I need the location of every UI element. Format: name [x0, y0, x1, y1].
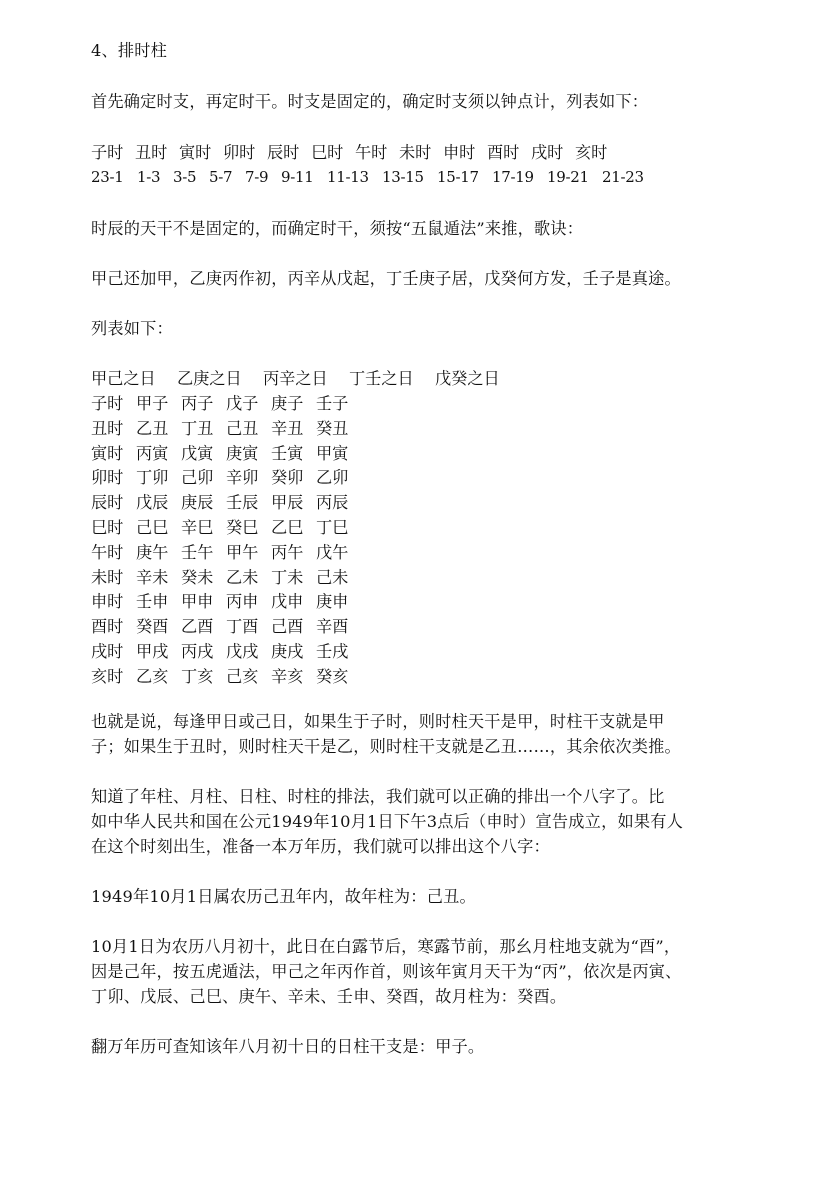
- table-cell: 戊午: [316, 540, 361, 565]
- table-row: 申时壬申甲申丙申戊申庚申: [91, 589, 361, 614]
- intro-paragraph: 首先确定时支，再定时干。时支是固定的，确定时支须以钟点计，列表如下：: [91, 89, 648, 114]
- branch-label: 未时: [399, 140, 443, 165]
- table-cell: 庚戌: [271, 639, 316, 664]
- month-pillar-line-2: 因是己年，按五虎遁法，甲己之年丙作首，则该年寅月天干为“丙”，依次是丙寅、: [91, 959, 682, 984]
- table-cell: 丁丑: [181, 416, 226, 441]
- table-cell: 乙巳: [271, 515, 316, 540]
- table-header: 戊癸之日: [435, 366, 521, 391]
- table-row: 午时庚午壬午甲午丙午戊午: [91, 540, 361, 565]
- table-cell: 甲辰: [271, 490, 316, 515]
- table-row: 亥时乙亥丁亥己亥辛亥癸亥: [91, 664, 361, 689]
- table-cell: 戊子: [226, 391, 271, 416]
- table-cell: 癸卯: [271, 465, 316, 490]
- table-cell: 甲寅: [316, 441, 361, 466]
- table-cell: 甲午: [226, 540, 271, 565]
- table-cell: 庚申: [316, 589, 361, 614]
- table-cell: 甲申: [181, 589, 226, 614]
- explain-line-1: 也就是说，每逢甲日或己日，如果生于子时，则时柱天干是甲，时柱干支就是甲: [91, 709, 665, 734]
- hour-range-row: 23-11-33-55-77-99-1111-1313-1515-1717-19…: [91, 165, 657, 190]
- table-cell: 庚子: [271, 391, 316, 416]
- table-cell: 辛丑: [271, 416, 316, 441]
- row-branch-label: 申时: [91, 589, 136, 614]
- table-cell: 庚午: [136, 540, 181, 565]
- table-cell: 丙子: [181, 391, 226, 416]
- table-row: 卯时丁卯己卯辛卯癸卯乙卯: [91, 465, 361, 490]
- year-pillar-paragraph: 1949年10月1日属农历己丑年内，故年柱为：己丑。: [91, 884, 476, 909]
- month-pillar-line-3: 丁卯、戊辰、己巳、庚午、辛未、壬申、癸酉，故月柱为：癸酉。: [91, 984, 566, 1009]
- table-cell: 甲子: [136, 391, 181, 416]
- table-cell: 甲戌: [136, 639, 181, 664]
- table-cell: 丁未: [271, 565, 316, 590]
- stem-intro-paragraph: 时辰的天干不是固定的，而确定时干，须按“五鼠遁法”来推，歌诀：: [91, 216, 583, 241]
- table-row: 酉时癸酉乙酉丁酉己酉辛酉: [91, 614, 361, 639]
- table-header-row: 甲己之日乙庚之日丙辛之日丁壬之日戊癸之日: [91, 366, 521, 391]
- table-cell: 壬戌: [316, 639, 361, 664]
- table-cell: 丙戌: [181, 639, 226, 664]
- table-cell: 戊戌: [226, 639, 271, 664]
- table-row: 子时甲子丙子戊子庚子壬子: [91, 391, 361, 416]
- hour-range: 1-3: [137, 165, 173, 190]
- table-cell: 丙午: [271, 540, 316, 565]
- table-cell: 癸未: [181, 565, 226, 590]
- table-cell: 庚辰: [181, 490, 226, 515]
- table-cell: 壬午: [181, 540, 226, 565]
- table-cell: 己酉: [271, 614, 316, 639]
- table-cell: 戊申: [271, 589, 316, 614]
- row-branch-label: 辰时: [91, 490, 136, 515]
- hour-range: 13-15: [382, 165, 437, 190]
- row-branch-label: 未时: [91, 565, 136, 590]
- verse-paragraph: 甲己还加甲，乙庚丙作初，丙辛从戊起，丁壬庚子居，戊癸何方发，壬子是真途。: [91, 266, 681, 291]
- branch-label: 午时: [355, 140, 399, 165]
- table-cell: 乙卯: [316, 465, 361, 490]
- branch-label: 酉时: [487, 140, 531, 165]
- table-cell: 戊寅: [181, 441, 226, 466]
- table-cell: 辛卯: [226, 465, 271, 490]
- hour-range: 11-13: [327, 165, 382, 190]
- branch-label: 巳时: [311, 140, 355, 165]
- month-pillar-line-1: 10月1日为农历八月初十，此日在白露节后，寒露节前，那幺月柱地支就为“酉”，: [91, 934, 680, 959]
- hour-range: 15-17: [437, 165, 492, 190]
- table-cell: 丁巳: [316, 515, 361, 540]
- row-branch-label: 酉时: [91, 614, 136, 639]
- table-row: 辰时戊辰庚辰壬辰甲辰丙辰: [91, 490, 361, 515]
- branch-label: 卯时: [223, 140, 267, 165]
- table-cell: 丙辰: [316, 490, 361, 515]
- table-cell: 乙酉: [181, 614, 226, 639]
- table-cell: 壬辰: [226, 490, 271, 515]
- table-header: 丙辛之日: [263, 366, 349, 391]
- row-branch-label: 亥时: [91, 664, 136, 689]
- table-header: 乙庚之日: [177, 366, 263, 391]
- row-branch-label: 丑时: [91, 416, 136, 441]
- table-row: 戌时甲戌丙戌戊戌庚戌壬戌: [91, 639, 361, 664]
- table-cell: 壬子: [316, 391, 361, 416]
- table-cell: 己丑: [226, 416, 271, 441]
- table-cell: 乙未: [226, 565, 271, 590]
- explain-line-2: 子；如果生于丑时，则时柱天干是乙，则时柱干支就是乙丑……，其余依次类推。: [91, 734, 681, 759]
- hour-range: 19-21: [547, 165, 602, 190]
- hour-range: 3-5: [173, 165, 209, 190]
- table-row: 寅时丙寅戊寅庚寅壬寅甲寅: [91, 441, 361, 466]
- table-cell: 丁酉: [226, 614, 271, 639]
- branch-label: 亥时: [575, 140, 619, 165]
- branch-label: 申时: [443, 140, 487, 165]
- row-branch-label: 寅时: [91, 441, 136, 466]
- table-cell: 癸酉: [136, 614, 181, 639]
- table-header: 丁壬之日: [349, 366, 435, 391]
- table-cell: 壬寅: [271, 441, 316, 466]
- table-cell: 辛亥: [271, 664, 316, 689]
- branch-label: 寅时: [179, 140, 223, 165]
- table-row: 丑时乙丑丁丑己丑辛丑癸丑: [91, 416, 361, 441]
- table-row: 未时辛未癸未乙未丁未己未: [91, 565, 361, 590]
- table-cell: 癸亥: [316, 664, 361, 689]
- table-cell: 戊辰: [136, 490, 181, 515]
- hour-range: 7-9: [245, 165, 281, 190]
- example-line-1: 知道了年柱、月柱、日柱、时柱的排法，我们就可以正确的排出一个八字了。比: [91, 784, 665, 809]
- table-header: 甲己之日: [91, 366, 177, 391]
- hour-range: 21-23: [602, 165, 657, 190]
- table-cell: 癸丑: [316, 416, 361, 441]
- table-cell: 辛未: [136, 565, 181, 590]
- hour-range: 5-7: [209, 165, 245, 190]
- table-cell: 壬申: [136, 589, 181, 614]
- table-cell: 己亥: [226, 664, 271, 689]
- table-cell: 乙丑: [136, 416, 181, 441]
- branch-label: 戌时: [531, 140, 575, 165]
- section-heading: 4、排时柱: [91, 38, 167, 63]
- branch-label: 辰时: [267, 140, 311, 165]
- table-cell: 丙申: [226, 589, 271, 614]
- table-cell: 己巳: [136, 515, 181, 540]
- branch-label: 子时: [91, 140, 135, 165]
- table-cell: 丁亥: [181, 664, 226, 689]
- row-branch-label: 卯时: [91, 465, 136, 490]
- hour-range: 23-1: [91, 165, 137, 190]
- table-cell: 辛酉: [316, 614, 361, 639]
- hour-range: 9-11: [281, 165, 327, 190]
- row-branch-label: 戌时: [91, 639, 136, 664]
- branch-label: 丑时: [135, 140, 179, 165]
- day-pillar-paragraph: 翻万年历可查知该年八月初十日的日柱干支是：甲子。: [91, 1034, 484, 1059]
- table-row: 巳时己巳辛巳癸巳乙巳丁巳: [91, 515, 361, 540]
- table-cell: 丁卯: [136, 465, 181, 490]
- table-cell: 己卯: [181, 465, 226, 490]
- row-branch-label: 巳时: [91, 515, 136, 540]
- table-intro: 列表如下：: [91, 316, 173, 341]
- branch-row: 子时丑时寅时卯时辰时巳时午时未时申时酉时戌时亥时: [91, 140, 619, 165]
- hour-range: 17-19: [492, 165, 547, 190]
- row-branch-label: 午时: [91, 540, 136, 565]
- row-branch-label: 子时: [91, 391, 136, 416]
- table-cell: 辛巳: [181, 515, 226, 540]
- table-cell: 己未: [316, 565, 361, 590]
- example-line-3: 在这个时刻出生，准备一本万年历，我们就可以排出这个八字：: [91, 834, 550, 859]
- table-cell: 丙寅: [136, 441, 181, 466]
- example-line-2: 如中华人民共和国在公元1949年10月1日下午3点后（申时）宣告成立，如果有人: [91, 809, 683, 834]
- table-cell: 庚寅: [226, 441, 271, 466]
- table-cell: 癸巳: [226, 515, 271, 540]
- table-cell: 乙亥: [136, 664, 181, 689]
